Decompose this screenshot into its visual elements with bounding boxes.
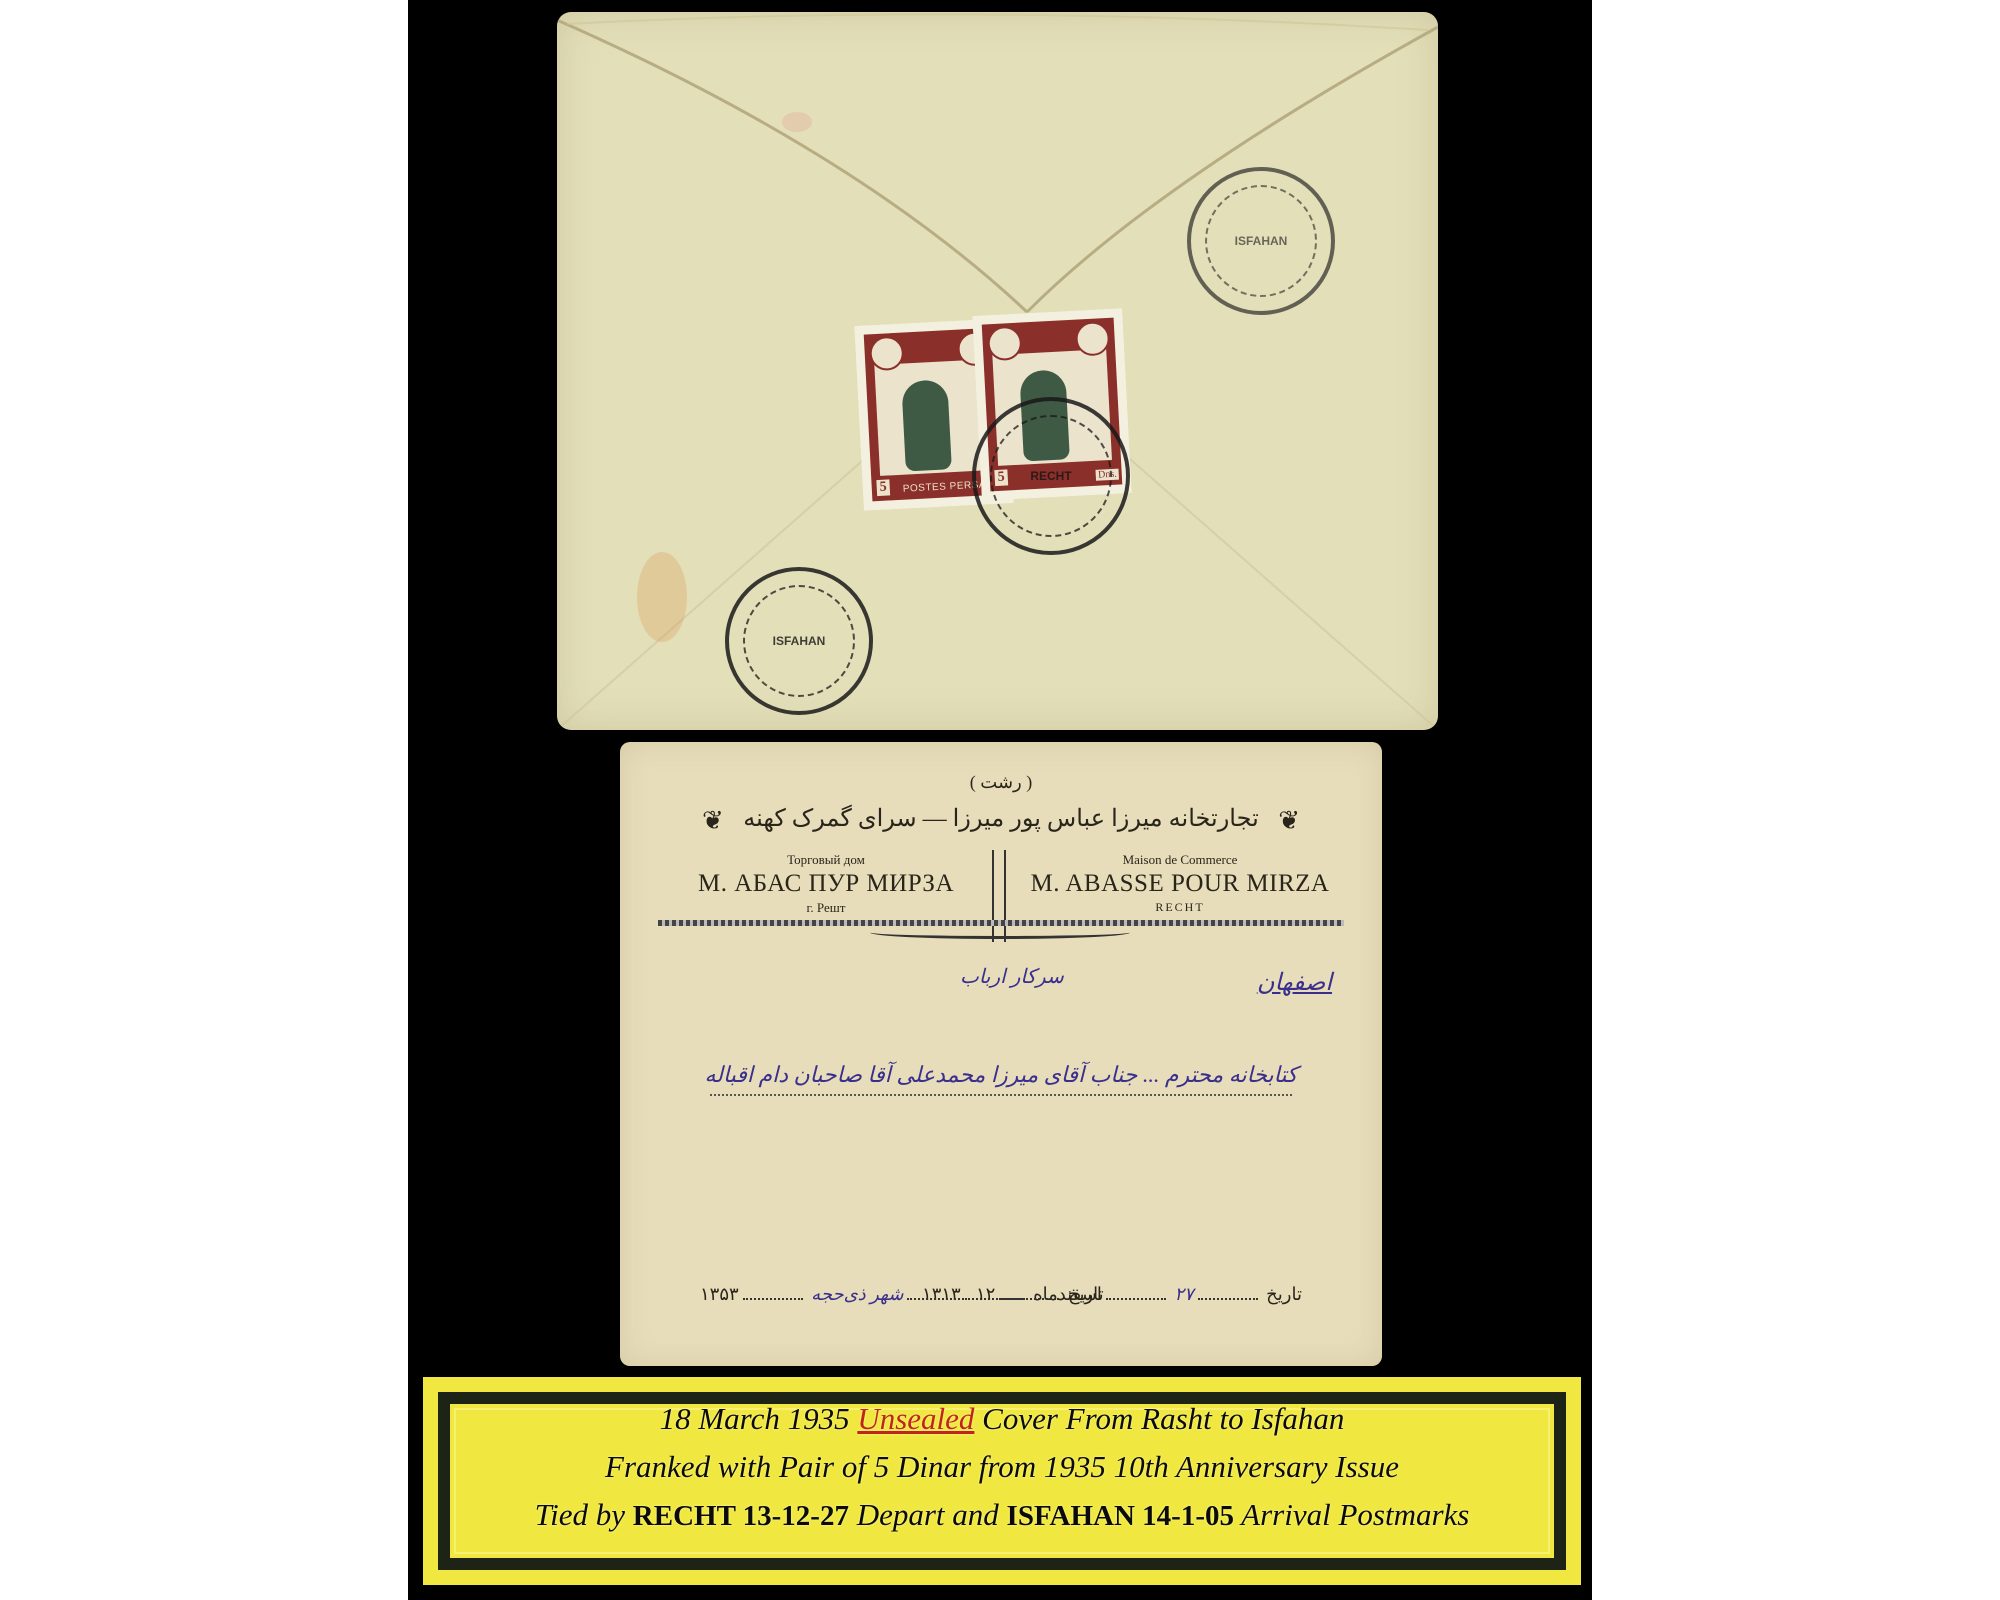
caption-arrival-postmark: ISFAHAN 14-1-05 bbox=[1007, 1500, 1234, 1532]
description-label: 18 March 1935 Unsealed Cover From Rasht … bbox=[423, 1377, 1581, 1585]
russian-letterhead: Торговый дом М. АБАС ПУР МИРЗА г. Решт bbox=[656, 852, 996, 916]
envelope-back: 5 POSTES PERSANES 5 Dns. RECHT ISFAHAN I… bbox=[557, 12, 1438, 730]
french-subtitle: Maison de Commerce bbox=[1010, 852, 1350, 868]
caption-text: 18 March 1935 bbox=[660, 1401, 858, 1436]
caption-text: Arrival Postmarks bbox=[1234, 1497, 1469, 1532]
postmark-text: ISFAHAN bbox=[729, 634, 869, 648]
russian-subtitle: Торговый дом bbox=[656, 852, 996, 868]
handwritten-destination: اصفهان bbox=[1257, 968, 1332, 997]
date-month: شهر ذی‌حجه bbox=[811, 1284, 903, 1304]
caption-text: Depart and bbox=[849, 1497, 1007, 1532]
decorative-swag bbox=[870, 926, 1130, 939]
postmark-recht: RECHT bbox=[972, 397, 1130, 555]
caption-highlight-unsealed: Unsealed bbox=[857, 1401, 974, 1436]
date-day: ۱۲ bbox=[976, 1284, 995, 1304]
handwritten-addressee: کتابخانه محترم ... جناب آقای میرزا محمدع… bbox=[700, 1062, 1302, 1088]
date-label: تاریخ bbox=[1266, 1284, 1302, 1304]
ornament-icon: ❦ bbox=[1278, 806, 1300, 836]
french-name: M. ABASSE POUR MIRZA bbox=[1010, 870, 1350, 898]
postmark-isfahan-arrival: ISFAHAN bbox=[725, 567, 873, 715]
caption-text: Cover From Rasht to Isfahan bbox=[974, 1401, 1344, 1436]
caption-line-1: 18 March 1935 Unsealed Cover From Rasht … bbox=[423, 1395, 1581, 1443]
french-letterhead: Maison de Commerce M. ABASSE POUR MIRZA … bbox=[1010, 852, 1350, 915]
caption-line-2: Franked with Pair of 5 Dinar from 1935 1… bbox=[423, 1443, 1581, 1491]
russian-name: М. АБАС ПУР МИРЗА bbox=[656, 870, 996, 898]
ornament-icon: ❦ bbox=[702, 806, 724, 836]
enclosed-letterhead-card: ( رشت ) ❦ تجارتخانه میرزا عباس پور میرزا… bbox=[620, 742, 1382, 1366]
date-day: ۲۷ bbox=[1174, 1284, 1193, 1304]
persian-letterhead: تجارتخانه میرزا عباس پور میرزا — سرای گم… bbox=[730, 804, 1272, 833]
date-label: تاریخ bbox=[1068, 1284, 1104, 1304]
date-line-lunar: تاریخ ۱۲ شهر ذی‌حجه ۱۳۵۳ bbox=[700, 1284, 1104, 1305]
caption-text: Tied by bbox=[535, 1497, 633, 1532]
postmark-isfahan-faint: ISFAHAN bbox=[1187, 167, 1335, 315]
city-heading: ( رشت ) bbox=[620, 772, 1382, 793]
postmark-text: ISFAHAN bbox=[1191, 234, 1331, 248]
handwritten-greeting: سرکار ارباب bbox=[960, 964, 1064, 989]
date-year: ۱۳۵۳ bbox=[700, 1284, 739, 1304]
postmark-text: RECHT bbox=[976, 469, 1126, 483]
caption-line-3: Tied by RECHT 13-12-27 Depart and ISFAHA… bbox=[423, 1491, 1581, 1540]
french-city: RECHT bbox=[1010, 900, 1350, 915]
stamp-value: 5 bbox=[876, 479, 890, 496]
dotted-guide-line bbox=[710, 1094, 1292, 1096]
stamp-figure bbox=[901, 379, 952, 471]
stain bbox=[782, 112, 812, 132]
russian-city: г. Решт bbox=[656, 900, 996, 916]
caption-depart-postmark: RECHT 13-12-27 bbox=[633, 1500, 849, 1532]
stain bbox=[637, 552, 687, 642]
